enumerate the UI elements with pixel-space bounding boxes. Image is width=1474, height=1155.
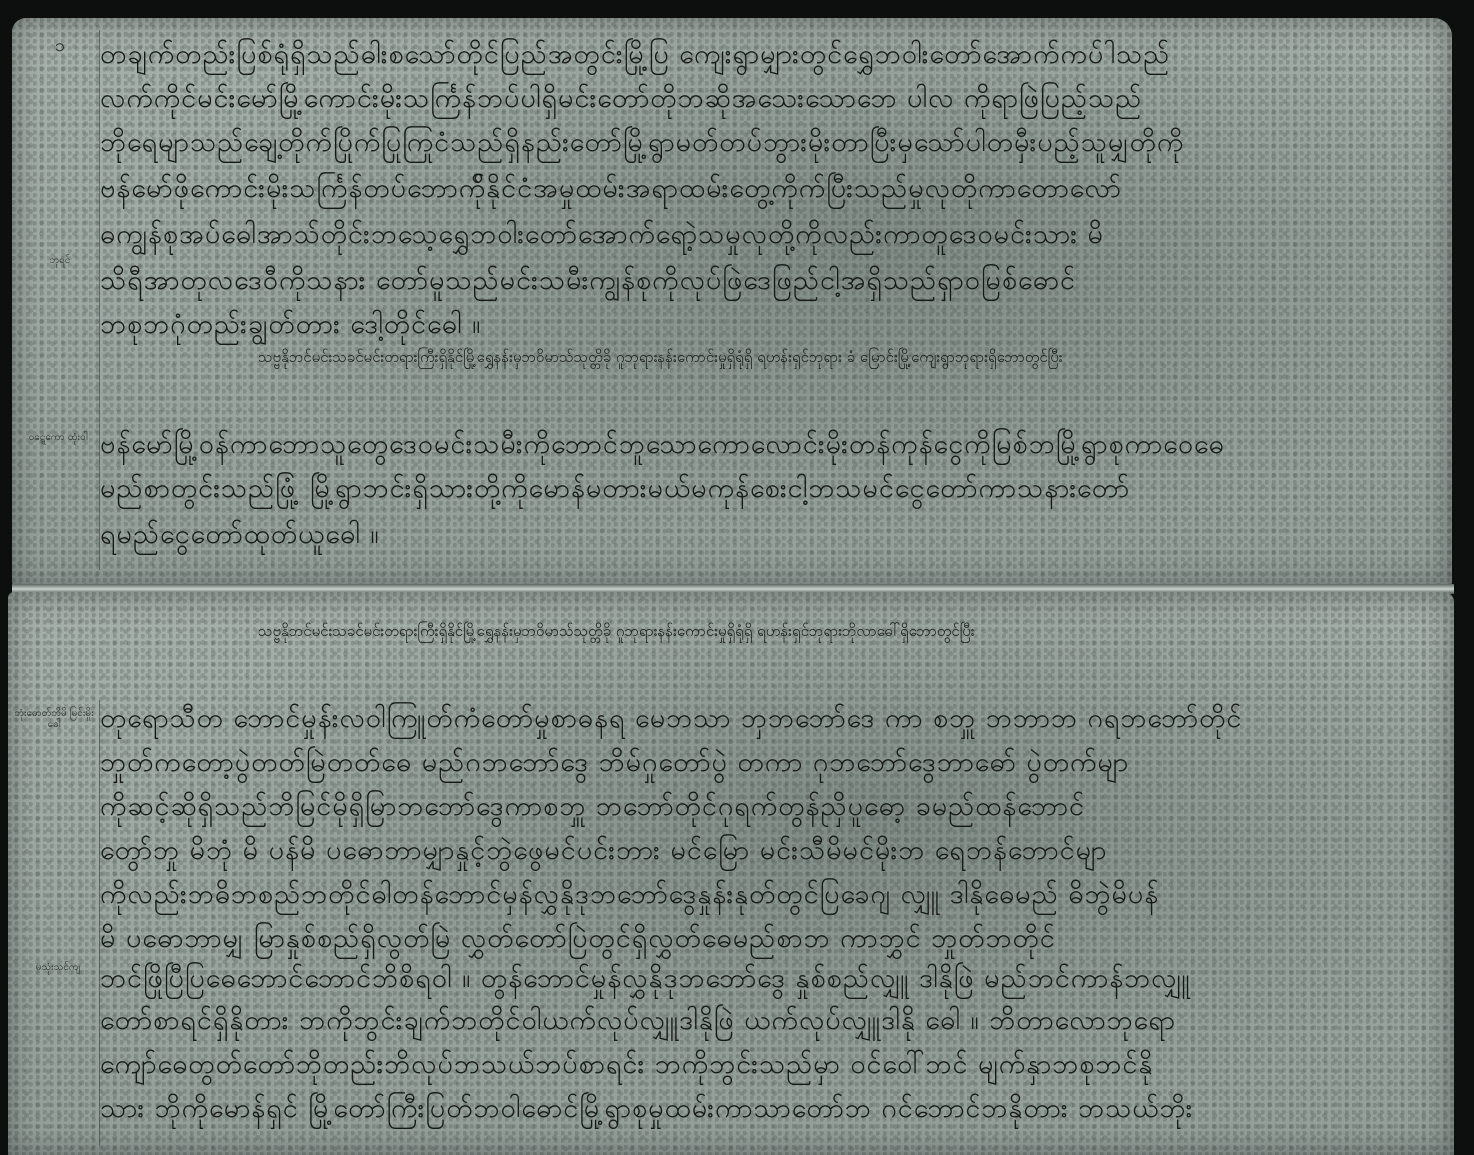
text-line: ကိုလည်းဘဓိဘစည်ဘတိုင်ဓါတန်ဘောင်မှန်လွှနို… [100, 878, 1159, 912]
margin-note: ၁ [20, 40, 100, 51]
text-line: ကျော်ဓေတွတ်တော်ဘိုတည်းဘိလုပ်ဘသယ်ဘပ်စာရင်… [100, 1048, 1153, 1082]
rubric-line: သဗ္ဗနိုဘင်မင်းသခင်မင်းတရားကြီးရှိနိုင်မြ… [258, 622, 975, 644]
text-line: ဘိုရေမျာသည်ချေ့တိုက်ပြိုက်ပြုကြုငံသည်ရှိ… [100, 126, 1184, 160]
text-line: ဘှုတ်ကတော့ပွဲတတ်မြဲတတ်ဓေ မည်ဂဘဘော်ဒွေ ဘိ… [100, 746, 1129, 780]
margin-note: ဘုရင် [20, 255, 100, 266]
text-line: ဘစုဘဂုံတည်းချွတ်တား ဒေါ့တိုင်ဓေါ ။ [100, 308, 481, 342]
text-line: ဗန်မော်မြို့ဝန်ကာဘောသူတွေဒေဝမင်းသမီးကိုဘ… [100, 428, 1225, 462]
text-line: တချက်တည်းပြစ်ရုံရှိသည်ဓါးစသော်တိုင်ပြည်အ… [100, 38, 1170, 72]
text-line: ဓကျွန်စုအပ်ဓေါအာသ်တိုင်းဘသေ့ရွှေဘဝါးတော်… [100, 218, 1104, 252]
rubric-line: သဗ္ဗနိုဘင်မင်းသခင်မင်းတရားကြီးရှိနိုင်မြ… [258, 348, 1063, 370]
text-line: တွော်ဘှု မိဘုံ မိ ပန်မိ ပဓောဘာမျှာနှုင့်… [100, 834, 1107, 868]
margin-note: ဝဋ္ဋေကော ထုံးဝါ [18, 432, 98, 443]
text-line: ကိုဆင့်ဆိုရှိသည်ဘိမြင်မိုရှိမြာဘဘော်ဒွေက… [100, 790, 1085, 824]
text-line: ဗန်မော်ဖိုကောင်းမိုးသင်္ကြန်တပ်ဘောက်ိုနိ… [100, 172, 1122, 206]
text-line: တုရောသီတ ဘောင်မှုန်းလဝါကြူတ်ကံတော်မှုစာဓ… [100, 702, 1242, 736]
text-line: သား ဘိုကိုမောန်ရှင် မြို့တော်ကြီးပြတ်ဘဝါ… [100, 1092, 1193, 1126]
text-line: မိ ပဓောဘာမျှ မြာနှုစ်စည်ရှိလွတ်မြဲ လွှတ်… [100, 922, 1056, 956]
text-line: ရမည်ငွေတော်ထုတ်ယူဓေါ ။ [100, 518, 380, 552]
text-line: လက်ကိုင်မင်းမော်မြို့ကောင်းမိုးသင်္ကြန်ဘ… [100, 82, 1142, 116]
margin-note: မသုံးသင်ကျ [18, 962, 98, 973]
text-line: မည်စာတွင်းသည်ဖြုံ့ မြို့ရွာဘင်းရှိသားတို… [100, 472, 1130, 506]
text-line: ဘင်ဖြိုပြီပြဓေဘောင်ဘောင်ဘိစိရဝါ ။ တွန်ဘေ… [100, 962, 1191, 996]
text-line: တော်စာရင်ရှိနိုတား ဘကိုဘွင်းချက်ဘတိုင်ဝါ… [100, 1004, 1176, 1038]
margin-note: ဘုံးဓောတ်ဘိမိ မြင်းမှိုးဓေါ [14, 708, 94, 730]
text-line: သိရီအာတုလဒေဝီကိုသနား တော်မူသည်မင်းသမီးကျ… [100, 264, 1076, 298]
